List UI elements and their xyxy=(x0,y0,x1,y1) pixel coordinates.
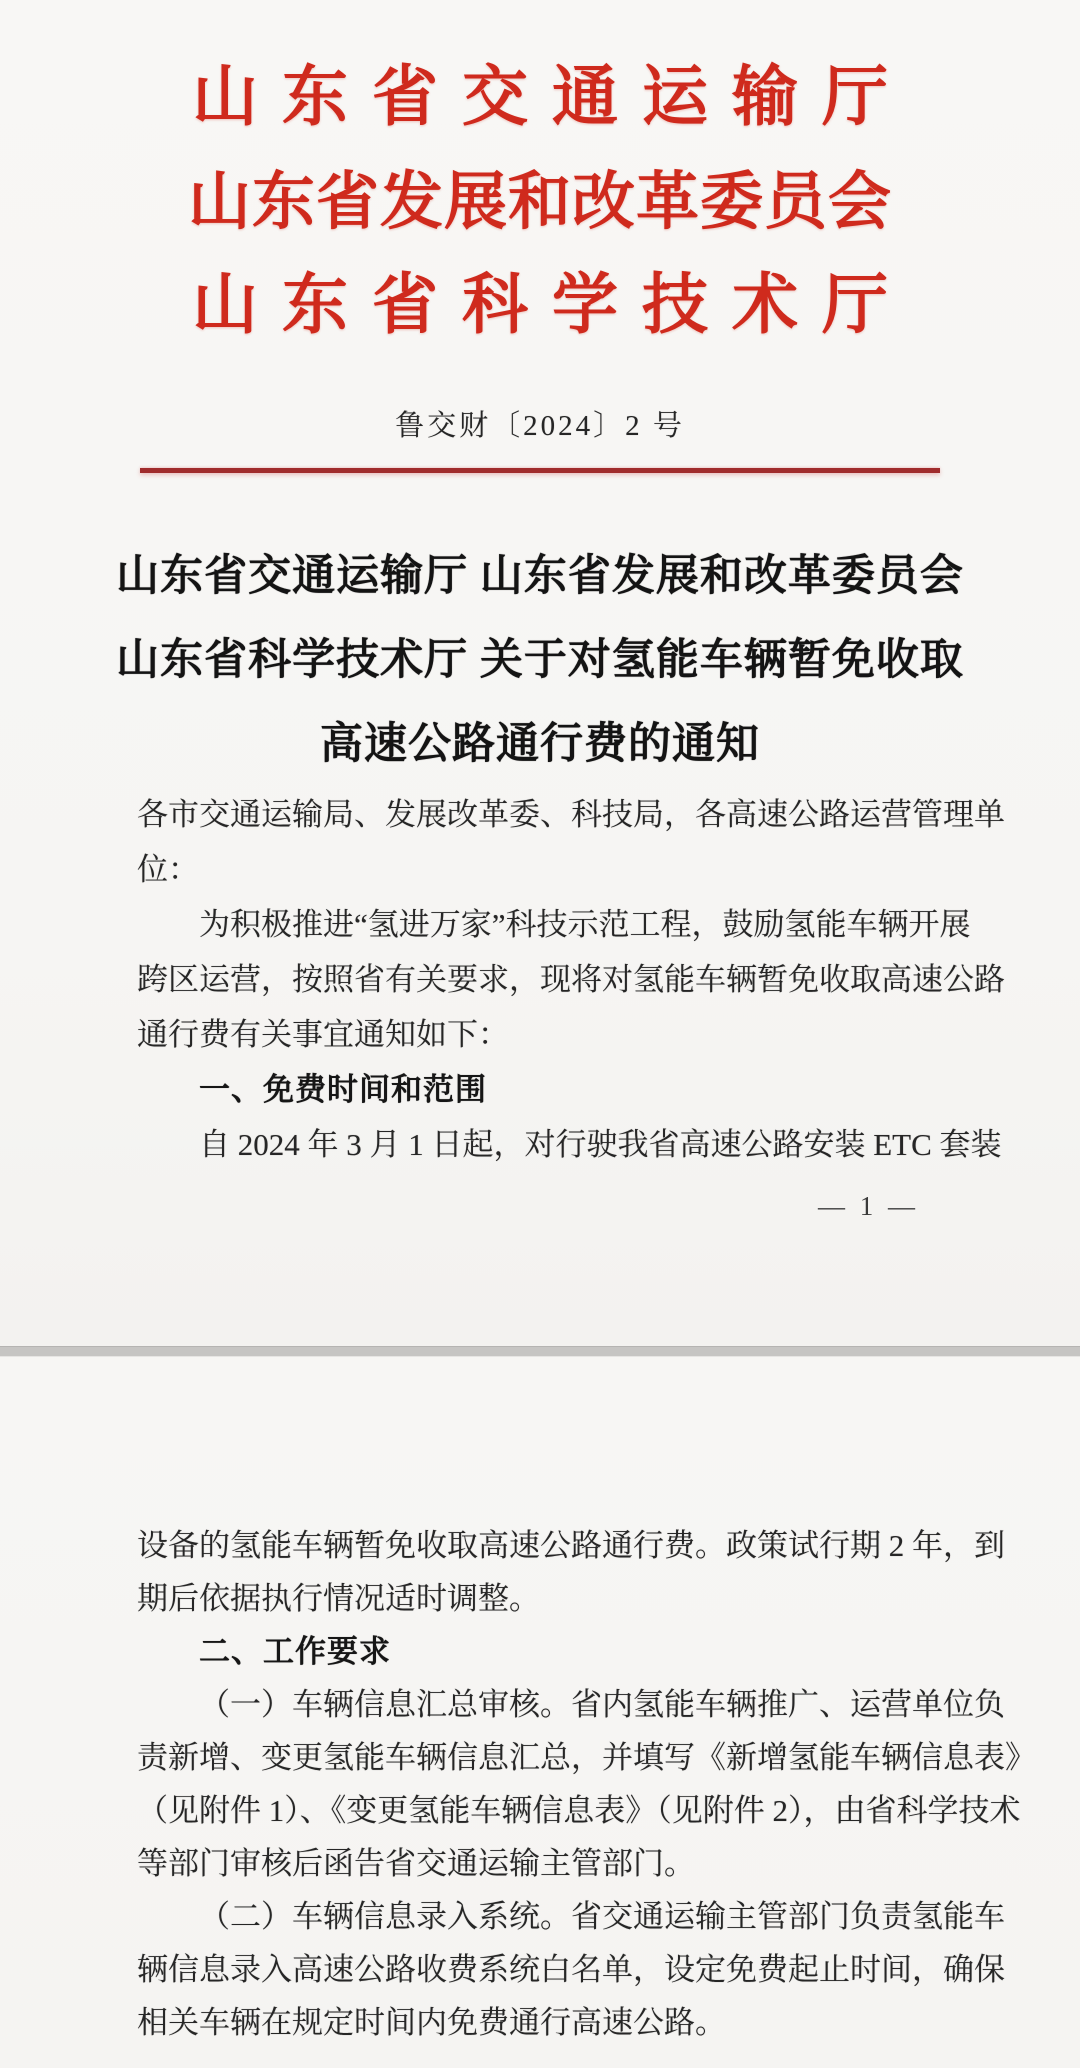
document-title: 山东省交通运输厅 山东省发展和改革委员会 山东省科学技术厅 关于对氢能车辆暂免收… xyxy=(0,535,1080,787)
page-break-divider xyxy=(0,1346,1080,1357)
body-line: 责新增、变更氢能车辆信息汇总，并填写《新增氢能车辆信息表》 xyxy=(137,1731,943,1784)
document-title-line-1: 山东省交通运输厅 山东省发展和改革委员会 xyxy=(0,535,1080,619)
scanned-document: 山东省交通运输厅 山东省发展和改革委员会 山东省科学技术厅 鲁交财〔2024〕2… xyxy=(0,0,1080,2068)
document-title-line-2: 山东省科学技术厅 关于对氢能车辆暂免收取 xyxy=(0,619,1080,703)
body-line: 相关车辆在规定时间内免费通行高速公路。 xyxy=(137,1996,943,2049)
red-rule-divider xyxy=(140,468,940,473)
letterhead-line-1: 山东省交通运输厅 xyxy=(0,46,1080,150)
document-number: 鲁交财〔2024〕2 号 xyxy=(0,406,1080,446)
section-heading-1: 一、免费时间和范围 xyxy=(137,1062,943,1117)
document-page-2: 设备的氢能车辆暂免收取高速公路通行费。政策试行期 2 年，到 期后依据执行情况适… xyxy=(0,1357,1080,2068)
letterhead: 山东省交通运输厅 山东省发展和改革委员会 山东省科学技术厅 xyxy=(0,46,1080,358)
body-line: 设备的氢能车辆暂免收取高速公路通行费。政策试行期 2 年，到 xyxy=(137,1519,943,1572)
letterhead-line-3: 山东省科学技术厅 xyxy=(0,254,1080,358)
page-2-body: 设备的氢能车辆暂免收取高速公路通行费。政策试行期 2 年，到 期后依据执行情况适… xyxy=(137,1519,943,2049)
body-line: 自 2024 年 3 月 1 日起，对行驶我省高速公路安装 ETC 套装 xyxy=(137,1117,943,1172)
body-line: 辆信息录入高速公路收费系统白名单，设定免费起止时间，确保 xyxy=(137,1943,943,1996)
body-line: 通行费有关事宜通知如下： xyxy=(137,1007,943,1062)
page-1-body: 各市交通运输局、发展改革委、科技局，各高速公路运营管理单 位： 为积极推进“氢进… xyxy=(137,787,943,1172)
body-line: 等部门审核后函告省交通运输主管部门。 xyxy=(137,1837,943,1890)
body-line: 为积极推进“氢进万家”科技示范工程，鼓励氢能车辆开展 xyxy=(137,897,943,952)
body-line: 各市交通运输局、发展改革委、科技局，各高速公路运营管理单 xyxy=(137,787,943,842)
section-heading-2: 二、工作要求 xyxy=(137,1625,943,1678)
document-page-1: 山东省交通运输厅 山东省发展和改革委员会 山东省科学技术厅 鲁交财〔2024〕2… xyxy=(0,0,1080,1346)
body-line: 位： xyxy=(137,842,943,897)
page-number: — 1 — xyxy=(137,1188,943,1224)
document-title-line-3: 高速公路通行费的通知 xyxy=(0,703,1080,787)
letterhead-line-2: 山东省发展和改革委员会 xyxy=(0,150,1080,254)
body-line: （二）车辆信息录入系统。省交通运输主管部门负责氢能车 xyxy=(137,1890,943,1943)
body-line: 跨区运营，按照省有关要求，现将对氢能车辆暂免收取高速公路 xyxy=(137,952,943,1007)
body-line: （见附件 1）、《变更氢能车辆信息表》（见附件 2），由省科学技术 xyxy=(137,1784,943,1837)
body-line: 期后依据执行情况适时调整。 xyxy=(137,1572,943,1625)
body-line: （一）车辆信息汇总审核。省内氢能车辆推广、运营单位负 xyxy=(137,1678,943,1731)
